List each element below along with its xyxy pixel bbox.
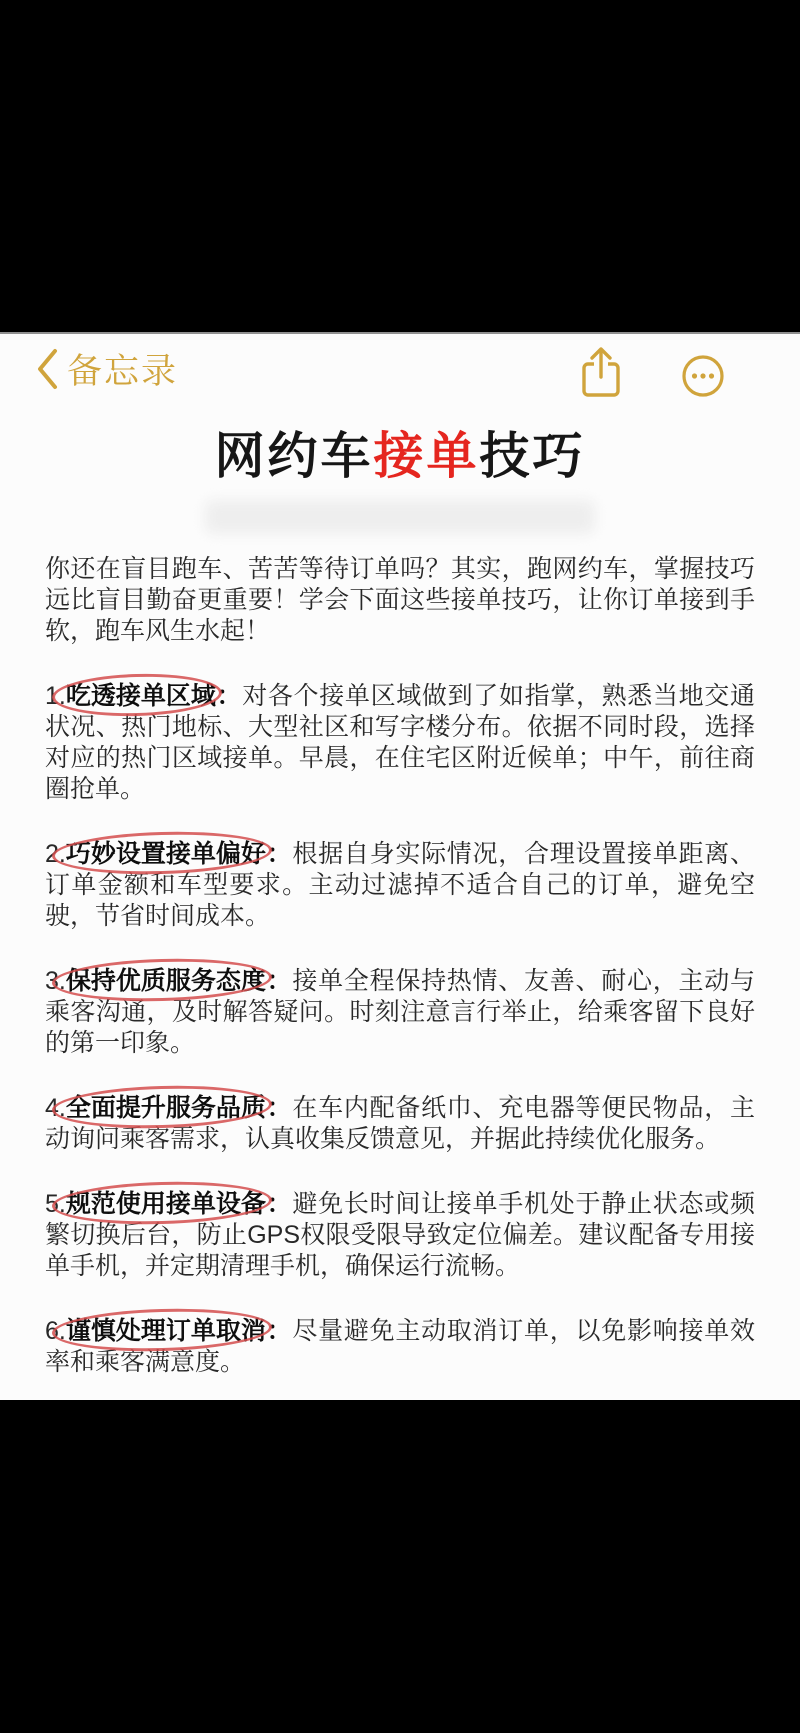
tip-item-3: 3.保持优质服务态度：接单全程保持热情、友善、耐心，主动与乘客沟通，及时解答疑问… [45,966,755,1059]
share-button[interactable] [580,346,622,403]
item-colon: ： [266,1190,292,1218]
ellipsis-circle-icon [681,354,725,398]
item-number: 3. [45,967,66,995]
item-number: 5. [45,1190,66,1218]
item-colon: ： [266,1317,292,1345]
item-number: 6. [45,1317,66,1345]
more-options-button[interactable] [681,354,725,403]
share-up-arrow-icon [580,346,622,398]
title-prefix: 网约车 [215,428,374,484]
circled-phrase: 保持优质服务态度 [66,966,266,997]
circled-phrase: 规范使用接单设备 [66,1189,266,1220]
item-number: 4. [45,1094,66,1122]
item-number: 2. [45,840,66,868]
circled-phrase: 全面提升服务品质 [66,1093,266,1124]
top-letterbox [0,0,800,332]
circled-phrase: 谨慎处理订单取消 [66,1316,266,1347]
bottom-letterbox [0,1400,800,1733]
title-highlight: 接单 [374,428,480,484]
tip-item-6: 6.谨慎处理订单取消：尽量避免主动取消订单，以免影响接单效率和乘客满意度。 [45,1316,755,1378]
notes-app-screen: 备忘录 网约车接单技巧 你还在盲目跑车、苦苦等待订单吗？其实，跑网约车，掌握技巧… [0,332,800,1400]
circled-phrase: 吃透接单区域 [66,681,216,712]
tip-item-2: 2.巧妙设置接单偏好：根据自身实际情况，合理设置接单距离、订单金额和车型要求。主… [45,839,755,932]
tip-item-1: 1.吃透接单区域：对各个接单区域做到了如指掌，熟悉当地交通状况、热门地标、大型社… [45,681,755,805]
item-colon: ： [266,1094,292,1122]
item-colon: ： [266,840,292,868]
note-content[interactable]: 你还在盲目跑车、苦苦等待订单吗？其实，跑网约车，掌握技巧远比盲目勤奋更重要！学会… [0,534,800,1378]
intro-paragraph: 你还在盲目跑车、苦苦等待订单吗？其实，跑网约车，掌握技巧远比盲目勤奋更重要！学会… [45,554,755,647]
circled-phrase: 巧妙设置接单偏好 [66,839,266,870]
tip-item-5: 5.规范使用接单设备：避免长时间让接单手机处于静止状态或频繁切换后台，防止GPS… [45,1189,755,1282]
back-button[interactable]: 备忘录 [36,344,178,394]
note-title: 网约车接单技巧 [0,428,800,484]
tip-item-4: 4.全面提升服务品质：在车内配备纸巾、充电器等便民物品，主动询问乘客需求，认真收… [45,1093,755,1155]
nav-bar: 备忘录 [0,334,800,406]
title-suffix: 技巧 [480,428,586,484]
back-button-label: 备忘录 [67,344,178,394]
item-colon: ： [216,682,242,710]
chevron-left-icon [36,348,58,390]
item-number: 1. [45,682,66,710]
item-colon: ： [266,967,292,995]
removed-watermark-blur [205,500,595,534]
